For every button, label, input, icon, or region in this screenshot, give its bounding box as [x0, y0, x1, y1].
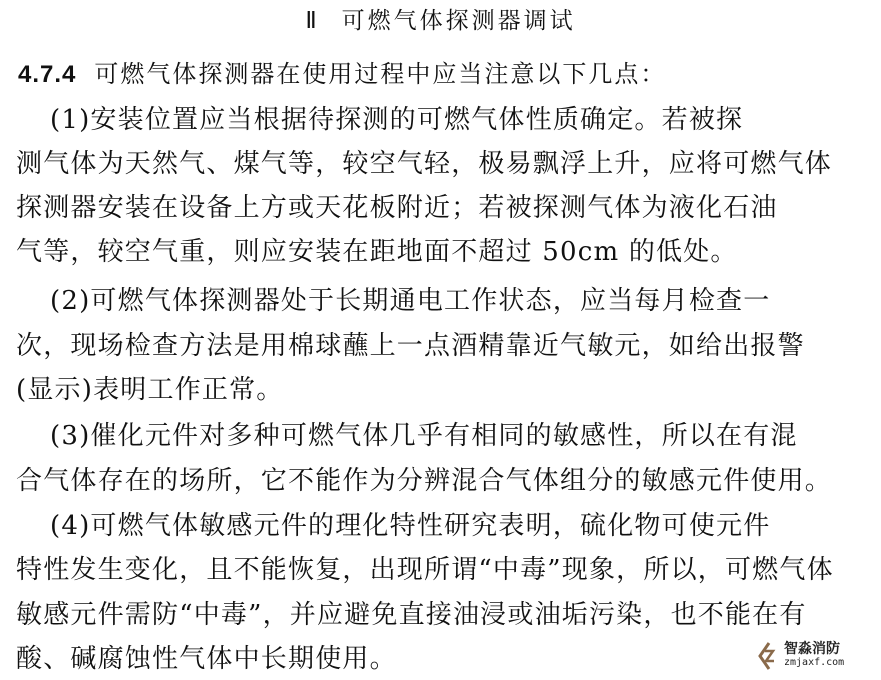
- paragraph-line: 酸、碱腐蚀性气体中长期使用。: [16, 641, 397, 677]
- paragraph-line: (2)可燃气体探测器处于长期通电工作状态，应当每月检查一: [50, 283, 770, 319]
- paragraph-line: 合气体存在的场所，它不能作为分辨混合气体组分的敏感元件使用。: [16, 463, 832, 499]
- clause-number: 4.7.4: [18, 61, 76, 88]
- section-heading: Ⅱ可燃气体探测器调试: [0, 4, 881, 38]
- watermark-name: 智淼消防: [784, 643, 844, 656]
- paragraph-line: 敏感元件需防“中毒”，并应避免直接油浸或油垢污染，也不能在有: [16, 597, 807, 633]
- paragraph-line: (3)催化元件对多种可燃气体几乎有相同的敏感性，所以在有混: [50, 418, 798, 454]
- watermark-url: zmjaxf.com: [784, 656, 844, 669]
- paragraph-line: 探测器安装在设备上方或天花板附近；若被探测气体为液化石油: [16, 190, 778, 226]
- section-numeral: Ⅱ: [305, 8, 319, 33]
- paragraph-line: (显示)表明工作正常。: [16, 372, 284, 408]
- clause-heading: 4.7.4可燃气体探测器在使用过程中应当注意以下几点：: [18, 56, 666, 93]
- section-title: 可燃气体探测器调试: [342, 8, 576, 34]
- paragraph-line: (4)可燃气体敏感元件的理化特性研究表明，硫化物可使元件: [50, 508, 770, 544]
- clause-text: 可燃气体探测器在使用过程中应当注意以下几点：: [94, 60, 666, 88]
- watermark: 智淼消防 zmjaxf.com: [758, 640, 868, 672]
- paragraph-line: 特性发生变化，且不能恢复，出现所谓“中毒”现象，所以，可燃气体: [16, 552, 834, 588]
- paragraph-line: 次，现场检查方法是用棉球蘸上一点酒精靠近气敏元，如给出报警: [16, 328, 805, 364]
- paragraph-line: (1)安装位置应当根据待探测的可燃气体性质确定。若被探: [50, 102, 743, 138]
- paragraph-line: 气等，较空气重，则应安装在距地面不超过 50cm 的低处。: [16, 234, 738, 270]
- zmjaxf-logo-icon: [758, 641, 780, 671]
- paragraph-line: 测气体为天然气、煤气等，较空气轻，极易飘浮上升，应将可燃气体: [16, 146, 832, 182]
- document-page: Ⅱ可燃气体探测器调试 4.7.4可燃气体探测器在使用过程中应当注意以下几点： (…: [0, 0, 881, 680]
